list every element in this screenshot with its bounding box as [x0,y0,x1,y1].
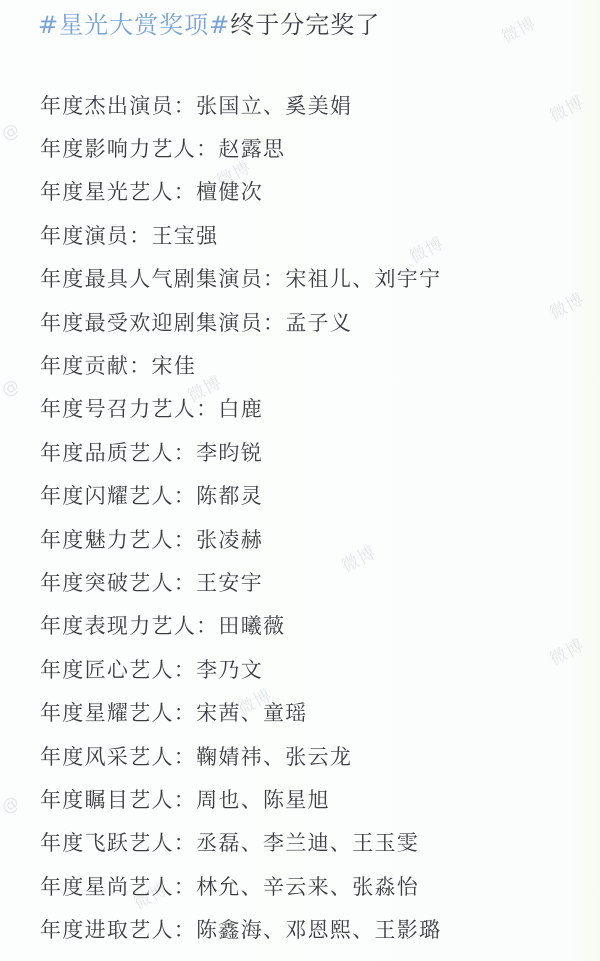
award-label: 年度匠心艺人： [40,654,196,684]
award-label: 年度瞩目艺人： [40,784,196,814]
award-winners: 张国立、奚美娟 [196,90,352,120]
award-label: 年度星尚艺人： [40,871,196,901]
award-row: 年度演员：王宝强 [40,213,441,256]
award-label: 年度突破艺人： [40,567,196,597]
award-winners: 周也、陈星旭 [196,784,330,814]
award-row: 年度匠心艺人：李乃文 [40,647,441,690]
award-label: 年度杰出演员： [40,90,196,120]
weibo-watermark-text: 微博 [544,631,588,670]
award-winners: 陈鑫海、邓恩熙、王影璐 [196,914,441,944]
award-row: 年度突破艺人：王安宇 [40,560,441,603]
award-winners: 宋茜、童瑶 [196,697,308,727]
weibo-watermark-text: @ [0,792,24,818]
award-row: 年度星尚艺人：林允、辛云来、张淼怡 [40,864,441,907]
award-row: 年度瞩目艺人：周也、陈星旭 [40,777,441,820]
award-row: 年度最受欢迎剧集演员：孟子义 [40,300,441,343]
hashtag-link[interactable]: #星光大赏奖项# [38,11,230,39]
award-row: 年度风采艺人：鞠婧祎、张云龙 [40,734,441,777]
award-winners: 孟子义 [285,307,352,337]
award-label: 年度贡献： [40,350,152,380]
award-row: 年度杰出演员：张国立、奚美娟 [40,83,441,126]
award-winners: 李乃文 [196,654,263,684]
award-label: 年度飞跃艺人： [40,827,196,857]
award-winners: 白鹿 [218,393,263,423]
award-row: 年度星光艺人：檀健次 [40,170,441,213]
award-label: 年度影响力艺人： [40,133,218,163]
award-list: 年度杰出演员：张国立、奚美娟年度影响力艺人：赵露思年度星光艺人：檀健次年度演员：… [40,83,441,951]
award-label: 年度进取艺人： [40,914,196,944]
award-winners: 檀健次 [196,176,263,206]
award-label: 年度号召力艺人： [40,393,218,423]
award-winners: 林允、辛云来、张淼怡 [196,871,419,901]
weibo-watermark-text: 微博 [544,285,588,324]
title-text: 终于分完奖了 [230,11,380,39]
award-row: 年度进取艺人：陈鑫海、邓恩熙、王影璐 [40,907,441,950]
award-winners: 宋佳 [152,350,197,380]
award-row: 年度飞跃艺人：丞磊、李兰迪、王玉雯 [40,821,441,864]
award-row: 年度魅力艺人：张凌赫 [40,517,441,560]
award-winners: 王安宇 [196,567,263,597]
weibo-watermark-text: @ [0,375,24,401]
award-winners: 李昀锐 [196,437,263,467]
award-label: 年度演员： [40,220,152,250]
award-row: 年度最具人气剧集演员：宋祖儿、刘宇宁 [40,257,441,300]
award-label: 年度闪耀艺人： [40,480,196,510]
award-winners: 王宝强 [152,220,219,250]
post-title: #星光大赏奖项#终于分完奖了 [38,11,380,39]
award-row: 年度号召力艺人：白鹿 [40,387,441,430]
award-label: 年度最受欢迎剧集演员： [40,307,285,337]
weibo-post-screenshot: #星光大赏奖项#终于分完奖了 年度杰出演员：张国立、奚美娟年度影响力艺人：赵露思… [0,0,600,961]
award-row: 年度星耀艺人：宋茜、童瑶 [40,690,441,733]
award-row: 年度品质艺人：李昀锐 [40,430,441,473]
award-winners: 田曦薇 [218,610,285,640]
award-label: 年度星光艺人： [40,176,196,206]
weibo-watermark-text: @ [0,119,24,145]
award-winners: 张凌赫 [196,524,263,554]
award-winners: 陈都灵 [196,480,263,510]
award-row: 年度表现力艺人：田曦薇 [40,604,441,647]
award-row: 年度影响力艺人：赵露思 [40,126,441,169]
award-label: 年度表现力艺人： [40,610,218,640]
award-label: 年度星耀艺人： [40,697,196,727]
weibo-watermark-text: 微博 [496,9,540,48]
award-winners: 赵露思 [218,133,285,163]
award-winners: 丞磊、李兰迪、王玉雯 [196,827,419,857]
award-winners: 宋祖儿、刘宇宁 [285,263,441,293]
award-label: 年度风采艺人： [40,741,196,771]
award-winners: 鞠婧祎、张云龙 [196,741,352,771]
award-label: 年度最具人气剧集演员： [40,263,285,293]
award-row: 年度贡献：宋佳 [40,343,441,386]
award-label: 年度魅力艺人： [40,524,196,554]
award-label: 年度品质艺人： [40,437,196,467]
weibo-watermark-text: 微博 [544,88,588,127]
award-row: 年度闪耀艺人：陈都灵 [40,474,441,517]
